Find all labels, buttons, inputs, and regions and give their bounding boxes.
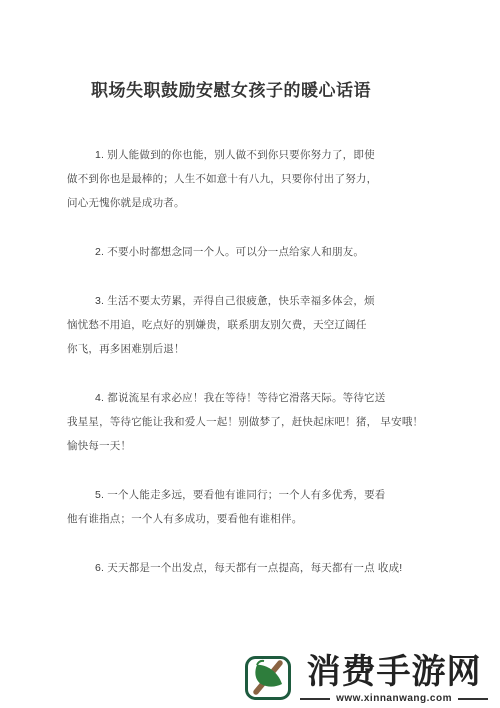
site-url: www.xinnanwang.com [336,693,452,704]
text-line: 3. 生活不要太劳累，弄得自己很疲惫，快乐幸福多体会，烦 [67,289,439,313]
site-watermark: 消费手游网 www.xinnanwang.com [245,654,488,704]
text-line: 问心无愧你就是成功者。 [67,191,439,215]
text-line: 做不到你也是最棒的；人生不如意十有八九，只要你付出了努力， [67,167,439,191]
text-line: 你飞，再多困难别后退！ [67,337,439,361]
paragraph: 4. 都说流星有求必应！我在等待！等待它滑落天际。等待它送我星星，等待它能让我和… [67,386,439,458]
text-line: 4. 都说流星有求必应！我在等待！等待它滑落天际。等待它送 [67,386,439,410]
page-title: 职场失职鼓励安慰女孩子的暖心话语 [0,79,462,103]
site-url-row: www.xinnanwang.com [300,693,488,704]
stick-and-leaf-logo-icon [245,656,291,700]
paragraph: 2. 不要小时都想念同一个人。可以分一点给家人和朋友。 [67,240,439,264]
text-line: 我星星，等待它能让我和爱人一起！别做梦了，赶快起床吧！猪， 早安哦！ [67,410,439,434]
left-dash-rule [300,698,330,700]
text-line: 2. 不要小时都想念同一个人。可以分一点给家人和朋友。 [67,240,439,264]
text-line: 6. 天天都是一个出发点，每天都有一点提高，每天都有一点 收成! [67,556,439,580]
text-line: 他有谁指点；一个人有多成功，要看他有谁相伴。 [67,507,439,531]
paragraph: 1. 别人能做到的你也能，别人做不到你只要你努力了，即使做不到你也是最棒的；人生… [67,143,439,215]
site-brand-name: 消费手游网 [307,654,482,692]
watermark-text-block: 消费手游网 www.xinnanwang.com [300,654,488,704]
text-line: 愉快每一天！ [67,434,439,458]
text-line: 恼忧愁不用追，吃点好的别嫌贵，联系朋友别欠费，天空辽阔任 [67,313,439,337]
paragraph: 5. 一个人能走多远，要看他有谁同行；一个人有多优秀，要看他有谁指点；一个人有多… [67,483,439,531]
paragraph: 6. 天天都是一个出发点，每天都有一点提高，每天都有一点 收成! [67,556,439,580]
right-dash-rule [458,698,488,700]
document-page: 职场失职鼓励安慰女孩子的暖心话语 1. 别人能做到的你也能，别人做不到你只要你努… [0,0,500,708]
text-line: 5. 一个人能走多远，要看他有谁同行；一个人有多优秀，要看 [67,483,439,507]
paragraph: 3. 生活不要太劳累，弄得自己很疲惫，快乐幸福多体会，烦恼忧愁不用追，吃点好的别… [67,289,439,361]
text-line: 1. 别人能做到的你也能，别人做不到你只要你努力了，即使 [67,143,439,167]
article-body: 1. 别人能做到的你也能，别人做不到你只要你努力了，即使做不到你也是最棒的；人生… [67,143,439,580]
